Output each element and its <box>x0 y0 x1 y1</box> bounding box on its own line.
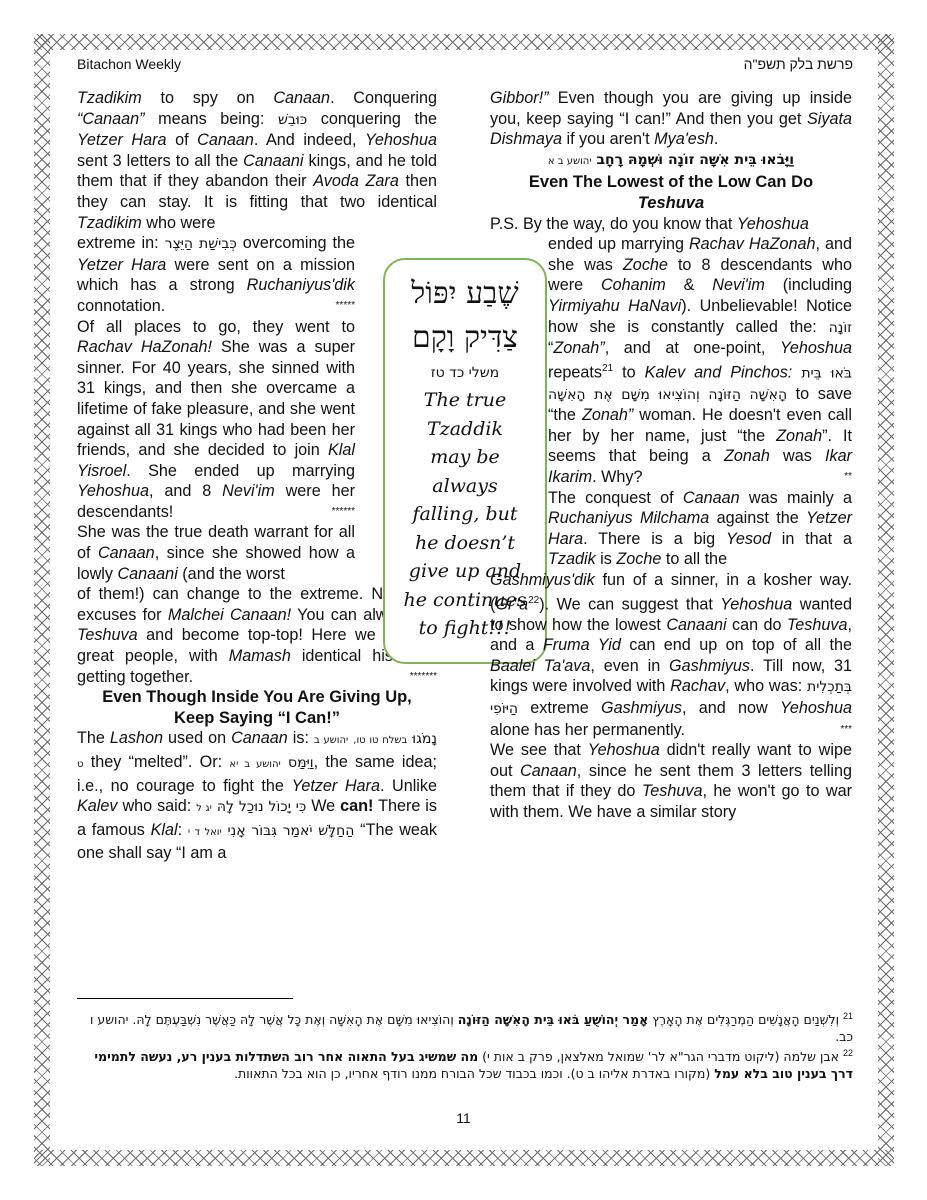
footnote-number: 22 <box>843 1048 853 1058</box>
text: . There is a big <box>583 530 726 548</box>
text-italic: Malchei Canaan! <box>168 606 291 624</box>
footnote-text: אבן שלמה (ליקוט מדברי הגר"א לר' שמואל מא… <box>478 1049 839 1064</box>
text: was <box>770 447 825 465</box>
text: means being: <box>145 110 278 128</box>
decorative-border-left <box>34 34 50 1166</box>
source-reference: יואל ד י <box>188 827 222 838</box>
paragraph: Gashmiyus'dik fun of a sinner, in a kosh… <box>490 570 852 740</box>
text-italic: Tzadik <box>548 550 596 568</box>
paragraph: ended up marrying Rachav HaZonah, and sh… <box>548 234 852 488</box>
text <box>792 363 801 381</box>
text-italic: “Canaan” <box>77 110 145 128</box>
text-italic: Gibbor!” <box>490 89 548 107</box>
text: & <box>666 276 713 294</box>
text-italic: Baalei Ta'ava <box>490 657 590 675</box>
text-italic: Tzadikim <box>77 89 142 107</box>
text-italic: Avoda Zara <box>313 172 399 190</box>
hebrew-verse: וַיָּבֹאוּ בֵּית אִשָּׁה זוֹנָה וּשְׁמָה… <box>596 152 794 168</box>
text-italic: Yehoshua <box>365 131 437 149</box>
page-number: 11 <box>0 1110 927 1126</box>
text: . Why? <box>592 468 642 486</box>
heading-line: Teshuva <box>490 193 852 214</box>
text: used on <box>163 729 231 747</box>
hebrew-text: נָמֹגוּ <box>412 731 437 747</box>
footnote-separator <box>77 998 293 999</box>
text-italic: Yesod <box>726 530 771 548</box>
text-italic: Gashmiyus <box>669 657 750 675</box>
text-italic: Yehoshua <box>780 699 852 717</box>
parsha-title: פרשת בלק תשפ"ה <box>744 56 853 72</box>
text-italic: Canaan <box>520 762 577 780</box>
text: is <box>596 550 617 568</box>
text: to spy on <box>142 89 274 107</box>
text-italic: Nevi'im <box>222 482 275 500</box>
text-italic: Yehoshua <box>77 482 149 500</box>
text-italic: Nevi'im <box>712 276 765 294</box>
text: She was a super sinner. For 40 years, sh… <box>77 338 355 459</box>
text: , and at one-point, <box>605 339 780 357</box>
decorative-border-right <box>878 34 894 1166</box>
section-separator: ******* <box>410 667 437 688</box>
text-italic: Yetzer Hara <box>77 131 167 149</box>
decorative-border-bottom <box>34 1150 894 1166</box>
text-italic: Zoche <box>623 256 668 274</box>
text-italic: Yirmiyahu HaNavi <box>548 297 681 315</box>
text-italic: Yehoshua <box>720 595 792 613</box>
paragraph: P.S. By the way, do you know that Yehosh… <box>490 214 852 235</box>
section-separator: ****** <box>332 502 355 523</box>
text: sent 3 letters to all the <box>77 152 243 170</box>
heading-line: Keep Saying “I Can!” <box>77 708 437 729</box>
text-italic: Zonah <box>724 447 770 465</box>
publication-title: Bitachon Weekly <box>77 56 181 72</box>
heading-line: Even Though Inside You Are Giving Up, <box>77 687 437 708</box>
text: Of all places to go, they went to <box>77 318 355 336</box>
right-column: Gibbor!” Even though you are giving up i… <box>490 88 852 823</box>
paragraph: Gibbor!” Even though you are giving up i… <box>490 88 852 150</box>
text: against the <box>709 509 806 527</box>
page-header: Bitachon Weekly פרשת בלק תשפ"ה <box>77 56 853 76</box>
heading-line: Even The Lowest of the Low Can Do <box>490 172 852 193</box>
text-italic: Yehoshua <box>737 215 809 233</box>
text-italic: Gashmiyus <box>601 699 682 717</box>
text-italic: Klal <box>151 821 178 839</box>
paragraph: We see that Yehoshua didn't really want … <box>490 740 852 822</box>
wrapped-text-block: extreme in: כְּבִישַׁת הַיֵּצֶר overcomi… <box>77 233 355 584</box>
text: The <box>77 729 110 747</box>
paragraph: The Lashon used on Canaan is: נָמֹגוּ בש… <box>77 728 437 864</box>
text-italic: Kalev <box>77 797 118 815</box>
text-italic: Canaani <box>243 152 303 170</box>
text: (including <box>765 276 852 294</box>
text-italic: Canaan <box>683 489 740 507</box>
paragraph: Of all places to go, they went to Rachav… <box>77 317 355 523</box>
text: to all the <box>661 550 727 568</box>
text: We see that <box>490 741 588 759</box>
section-heading: Even Though Inside You Are Giving Up, Ke… <box>77 687 437 728</box>
text: to <box>613 363 645 381</box>
text-bold: can! <box>340 797 373 815</box>
text-italic: Canaani <box>117 565 177 583</box>
footnote-22: 22 אבן שלמה (ליקוט מדברי הגר"א לר' שמואל… <box>77 1045 853 1082</box>
text: . Unlike <box>380 777 437 795</box>
text-italic: Rachav <box>670 677 725 695</box>
text: ended up marrying <box>548 235 689 253</box>
footnote-ref-21[interactable]: 21 <box>602 363 613 374</box>
text: is: <box>288 729 314 747</box>
section-separator: ***** <box>336 296 355 317</box>
text: who were <box>142 214 216 232</box>
text-italic: Ruchaniyus'dik <box>247 276 355 294</box>
hebrew-text: כּוּבֵשׁ <box>278 112 307 128</box>
text-italic: Gashmiyus'dik <box>490 571 595 589</box>
text: ). We can suggest that <box>539 595 720 613</box>
text: of <box>167 131 198 149</box>
text: conquering the <box>307 110 437 128</box>
text: in that a <box>771 530 852 548</box>
text: , who was: <box>725 677 807 695</box>
hebrew-text: כְּבִישַׁת הַיֵּצֶר <box>165 236 237 252</box>
footnote-text: וְלִשְׁנַיִם הָאֲנָשִׁים הַמְרַגְּלִים א… <box>648 1012 839 1027</box>
text: , even in <box>590 657 669 675</box>
text-italic: Kalev and Pinchos: <box>645 363 793 381</box>
text: was mainly a <box>740 489 852 507</box>
text-italic: Teshuva <box>787 616 848 634</box>
text-italic: Teshuva <box>77 626 138 644</box>
text-italic: Rachav HaZonah <box>689 235 815 253</box>
text-italic: Yetzer Hara <box>291 777 380 795</box>
text: overcoming the <box>237 234 355 252</box>
text-italic: Zonah” <box>582 406 633 424</box>
text-italic: Ruchaniyus Milchama <box>548 509 709 527</box>
text-italic: Zonah” <box>553 339 604 357</box>
hebrew-verse-heading: וַיָּבֹאוּ בֵּית אִשָּׁה זוֹנָה וּשְׁמָה… <box>490 150 852 173</box>
section-separator: ** <box>844 467 852 488</box>
text: . <box>714 130 719 148</box>
text: (and the worst <box>178 565 285 583</box>
footnote-ref-22[interactable]: 22 <box>528 595 539 606</box>
text: repeats <box>548 363 602 381</box>
text: We <box>306 797 340 815</box>
text-italic: Canaan <box>197 131 254 149</box>
source-reference: בשלח טו טו, <box>353 735 407 746</box>
wrapped-text-block: ended up marrying Rachav HaZonah, and sh… <box>548 234 852 570</box>
text-italic: Yehoshua <box>588 741 660 759</box>
footnote-text: (מקורו באדרת אליהו ב ט). וכמו בכבוד שכל … <box>234 1066 714 1081</box>
text-italic: Cohanim <box>601 276 666 294</box>
text-italic: Yetzer Hara <box>77 256 166 274</box>
text-italic: Fruma Yid <box>543 636 621 654</box>
text-italic: Gr"a <box>495 595 528 613</box>
text: can do <box>727 616 787 634</box>
text-italic: Mya'esh <box>654 130 714 148</box>
text-italic: Canaan <box>98 544 155 562</box>
source-reference: יהושע ב יא <box>229 759 280 770</box>
source-reference: יג ל <box>196 803 212 814</box>
footnote-number: 21 <box>843 1011 853 1021</box>
footnote-21: 21 וְלִשְׁנַיִם הָאֲנָשִׁים הַמְרַגְּלִי… <box>77 1008 853 1045</box>
text-italic: Zoche <box>616 550 661 568</box>
footnotes: 21 וְלִשְׁנַיִם הָאֲנָשִׁים הַמְרַגְּלִי… <box>77 1008 853 1082</box>
text-italic: Canaan <box>231 729 288 747</box>
decorative-border-top <box>34 34 894 50</box>
text: can end up on top of all the <box>621 636 852 654</box>
hebrew-text: כִּי יָכוֹל נוּכַל לָהּ <box>217 799 306 815</box>
section-heading: Even The Lowest of the Low Can Do Teshuv… <box>490 172 852 213</box>
text: if you aren't <box>562 130 654 148</box>
text: . And indeed, <box>254 131 365 149</box>
text: extreme in: <box>77 234 165 252</box>
text: extreme <box>518 699 601 717</box>
source-reference: יהושע ב א <box>548 156 592 167</box>
paragraph: extreme in: כְּבִישַׁת הַיֵּצֶר overcomi… <box>77 233 355 316</box>
text-italic: Canaani <box>666 616 726 634</box>
paragraph: She was the true death warrant for all o… <box>77 522 355 584</box>
text-italic: Mamash <box>229 647 291 665</box>
paragraph: Tzadikim to spy on Canaan. Conquering “C… <box>77 88 437 233</box>
text-italic: Canaan <box>273 89 330 107</box>
hebrew-text: הַחַלָּשׁ יֹאמַר גִּבּוֹר אָנִי <box>228 823 355 839</box>
footnote-text-bold: אָמַר יְהוֹשֻׁעַ בֹּאוּ בֵּית הָאִשָּׁה … <box>458 1012 649 1027</box>
text: alone has her permanently. <box>490 721 685 739</box>
hebrew-text: זוֹנָה <box>829 320 852 336</box>
text: , and 8 <box>149 482 222 500</box>
text: , and now <box>682 699 780 717</box>
hebrew-text: וַיִּמַּס <box>288 755 314 771</box>
paragraph: The conquest of Canaan was mainly a Ruch… <box>548 488 852 570</box>
text: : <box>178 821 188 839</box>
text: connotation. <box>77 297 165 315</box>
text: . Conquering <box>330 89 437 107</box>
section-separator: *** <box>840 720 852 741</box>
text-italic: Tzadikim <box>77 214 142 232</box>
text-italic: Lashon <box>110 729 163 747</box>
text-italic: Teshuva <box>642 782 703 800</box>
text-italic: Rachav HaZonah! <box>77 338 212 356</box>
text-italic: Zonah <box>776 427 822 445</box>
text: who said: <box>118 797 197 815</box>
text: they “melted”. Or: <box>83 753 229 771</box>
text: The conquest of <box>548 489 683 507</box>
text: P.S. By the way, do you know that <box>490 215 737 233</box>
text: . She ended up marrying <box>126 462 355 480</box>
text-italic: Yehoshua <box>780 339 852 357</box>
